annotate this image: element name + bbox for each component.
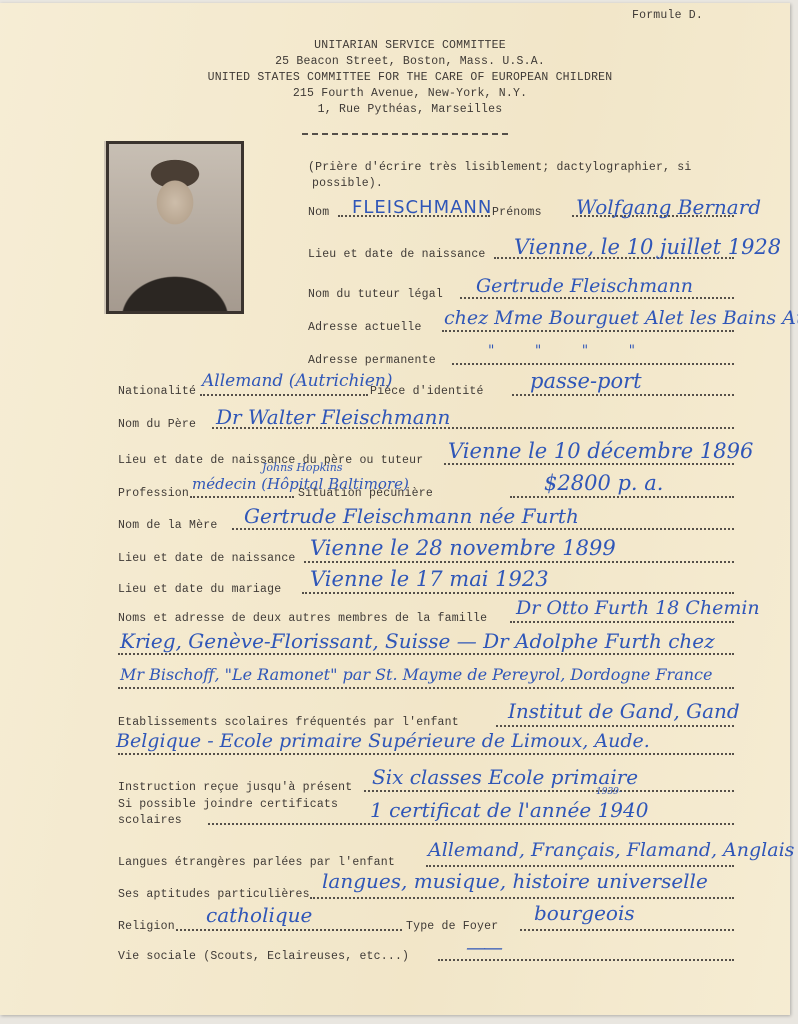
dotted-line xyxy=(364,790,734,792)
certificats-annotation: 1939- xyxy=(596,787,622,797)
famille-value-2[interactable]: Krieg, Genève-Florissant, Suisse — Dr Ad… xyxy=(120,629,715,653)
vie-sociale-label: Vie sociale (Scouts, Eclaireuses, etc...… xyxy=(118,950,409,963)
header-rule xyxy=(302,133,508,135)
langues-value[interactable]: Allemand, Français, Flamand, Anglais xyxy=(428,839,794,861)
dotted-line xyxy=(118,753,734,755)
nom-label: Nom xyxy=(308,206,329,219)
dotted-line xyxy=(520,929,734,931)
naissance-label: Lieu et date de naissance xyxy=(308,248,486,261)
header-line-2: 25 Beacon Street, Boston, Mass. U.S.A. xyxy=(180,55,640,68)
langues-label: Langues étrangères parlées par l'enfant xyxy=(118,856,395,869)
religion-value[interactable]: catholique xyxy=(206,903,312,927)
dotted-line xyxy=(176,929,402,931)
header-line-1: UNITARIAN SERVICE COMMITTEE xyxy=(180,39,640,52)
dotted-line xyxy=(444,463,734,465)
dotted-line xyxy=(452,363,734,365)
profession-annotation: Johns Hopkins xyxy=(262,461,343,474)
dotted-line xyxy=(302,592,734,594)
famille-label: Noms et adresse de deux autres membres d… xyxy=(118,612,487,625)
piece-identite-label: Pièce d'identité xyxy=(370,385,484,398)
adresse-actuelle-label: Adresse actuelle xyxy=(308,321,422,334)
aptitudes-value[interactable]: langues, musique, histoire universelle xyxy=(322,869,708,893)
mere-value[interactable]: Gertrude Fleischmann née Furth xyxy=(244,504,579,528)
profession-label: Profession xyxy=(118,487,189,500)
photo-image xyxy=(109,144,241,311)
dotted-line xyxy=(512,394,734,396)
situation-value[interactable]: $2800 p. a. xyxy=(544,471,663,495)
dotted-line xyxy=(118,653,734,655)
instruction-value[interactable]: Six classes Ecole primaire xyxy=(372,765,638,789)
pere-label: Nom du Père xyxy=(118,418,196,431)
header-line-5: 1, Rue Pythéas, Marseilles xyxy=(180,103,640,116)
dotted-line xyxy=(304,561,734,563)
piece-identite-value[interactable]: passe-port xyxy=(530,369,642,393)
tuteur-label: Nom du tuteur légal xyxy=(308,288,443,301)
dotted-line xyxy=(426,865,734,867)
mariage-label: Lieu et date du mariage xyxy=(118,583,281,596)
header-line-3: UNITED STATES COMMITTEE FOR THE CARE OF … xyxy=(160,71,660,84)
etablissements-label: Etablissements scolaires fréquentés par … xyxy=(118,716,459,729)
dotted-line xyxy=(438,959,734,961)
famille-value-3[interactable]: Mr Bischoff, "Le Ramonet" par St. Mayme … xyxy=(120,665,712,684)
certificats-label-1: Si possible joindre certificats xyxy=(118,798,338,811)
foyer-label: Type de Foyer xyxy=(406,920,498,933)
dotted-line xyxy=(190,496,294,498)
prenoms-value[interactable]: Wolfgang Bernard xyxy=(576,195,761,219)
vie-sociale-value[interactable]: —— xyxy=(466,935,500,959)
form-sheet: Formule D. UNITARIAN SERVICE COMMITTEE 2… xyxy=(0,3,790,1015)
nationalite-label: Nationalité xyxy=(118,385,196,398)
prenoms-label: Prénoms xyxy=(492,206,542,219)
dotted-line xyxy=(460,297,734,299)
naissance-mere-value[interactable]: Vienne le 28 novembre 1899 xyxy=(310,536,616,560)
tuteur-value[interactable]: Gertrude Fleischmann xyxy=(476,275,693,297)
naissance-pere-value[interactable]: Vienne le 10 décembre 1896 xyxy=(448,439,753,463)
pere-value[interactable]: Dr Walter Fleischmann xyxy=(216,405,450,429)
mere-label: Nom de la Mère xyxy=(118,519,217,532)
naissance-mere-label: Lieu et date de naissance xyxy=(118,552,296,565)
instructions-line-2: possible). xyxy=(312,177,383,190)
aptitudes-label: Ses aptitudes particulières xyxy=(118,888,310,901)
etablissements-value-1[interactable]: Institut de Gand, Gand xyxy=(508,699,740,723)
foyer-value[interactable]: bourgeois xyxy=(534,901,635,925)
header-line-4: 215 Fourth Avenue, New-York, N.Y. xyxy=(180,87,640,100)
dotted-line xyxy=(200,394,368,396)
nationalite-value[interactable]: Allemand (Autrichien) xyxy=(202,371,393,391)
dotted-line xyxy=(510,621,734,623)
mariage-value[interactable]: Vienne le 17 mai 1923 xyxy=(310,567,549,591)
instructions-line-1: (Prière d'écrire très lisiblement; dacty… xyxy=(308,161,691,174)
dotted-line xyxy=(442,330,734,332)
etablissements-value-2[interactable]: Belgique - Ecole primaire Supérieure de … xyxy=(116,730,650,752)
dotted-line xyxy=(510,496,734,498)
instruction-label: Instruction reçue jusqu'à présent xyxy=(118,781,352,794)
adresse-permanente-value[interactable]: " " " " xyxy=(488,343,653,359)
famille-value-1[interactable]: Dr Otto Furth 18 Chemin xyxy=(516,597,760,619)
adresse-permanente-label: Adresse permanente xyxy=(308,354,436,367)
religion-label: Religion xyxy=(118,920,175,933)
dotted-line xyxy=(118,687,734,689)
naissance-value[interactable]: Vienne, le 10 juillet 1928 xyxy=(514,235,781,259)
dotted-line xyxy=(496,725,734,727)
certificats-label-2: scolaires xyxy=(118,814,182,827)
dotted-line xyxy=(232,528,734,530)
dotted-line xyxy=(208,823,734,825)
dotted-line xyxy=(310,897,734,899)
adresse-actuelle-value[interactable]: chez Mme Bourguet Alet les Bains Aude xyxy=(444,307,798,329)
certificats-value[interactable]: 1 certificat de l'année 1940 xyxy=(370,798,648,822)
child-photo xyxy=(104,141,244,314)
nom-value[interactable]: FLEISCHMANN xyxy=(352,197,492,218)
form-code: Formule D. xyxy=(632,9,703,22)
situation-label: Situation pécunière xyxy=(298,487,433,500)
